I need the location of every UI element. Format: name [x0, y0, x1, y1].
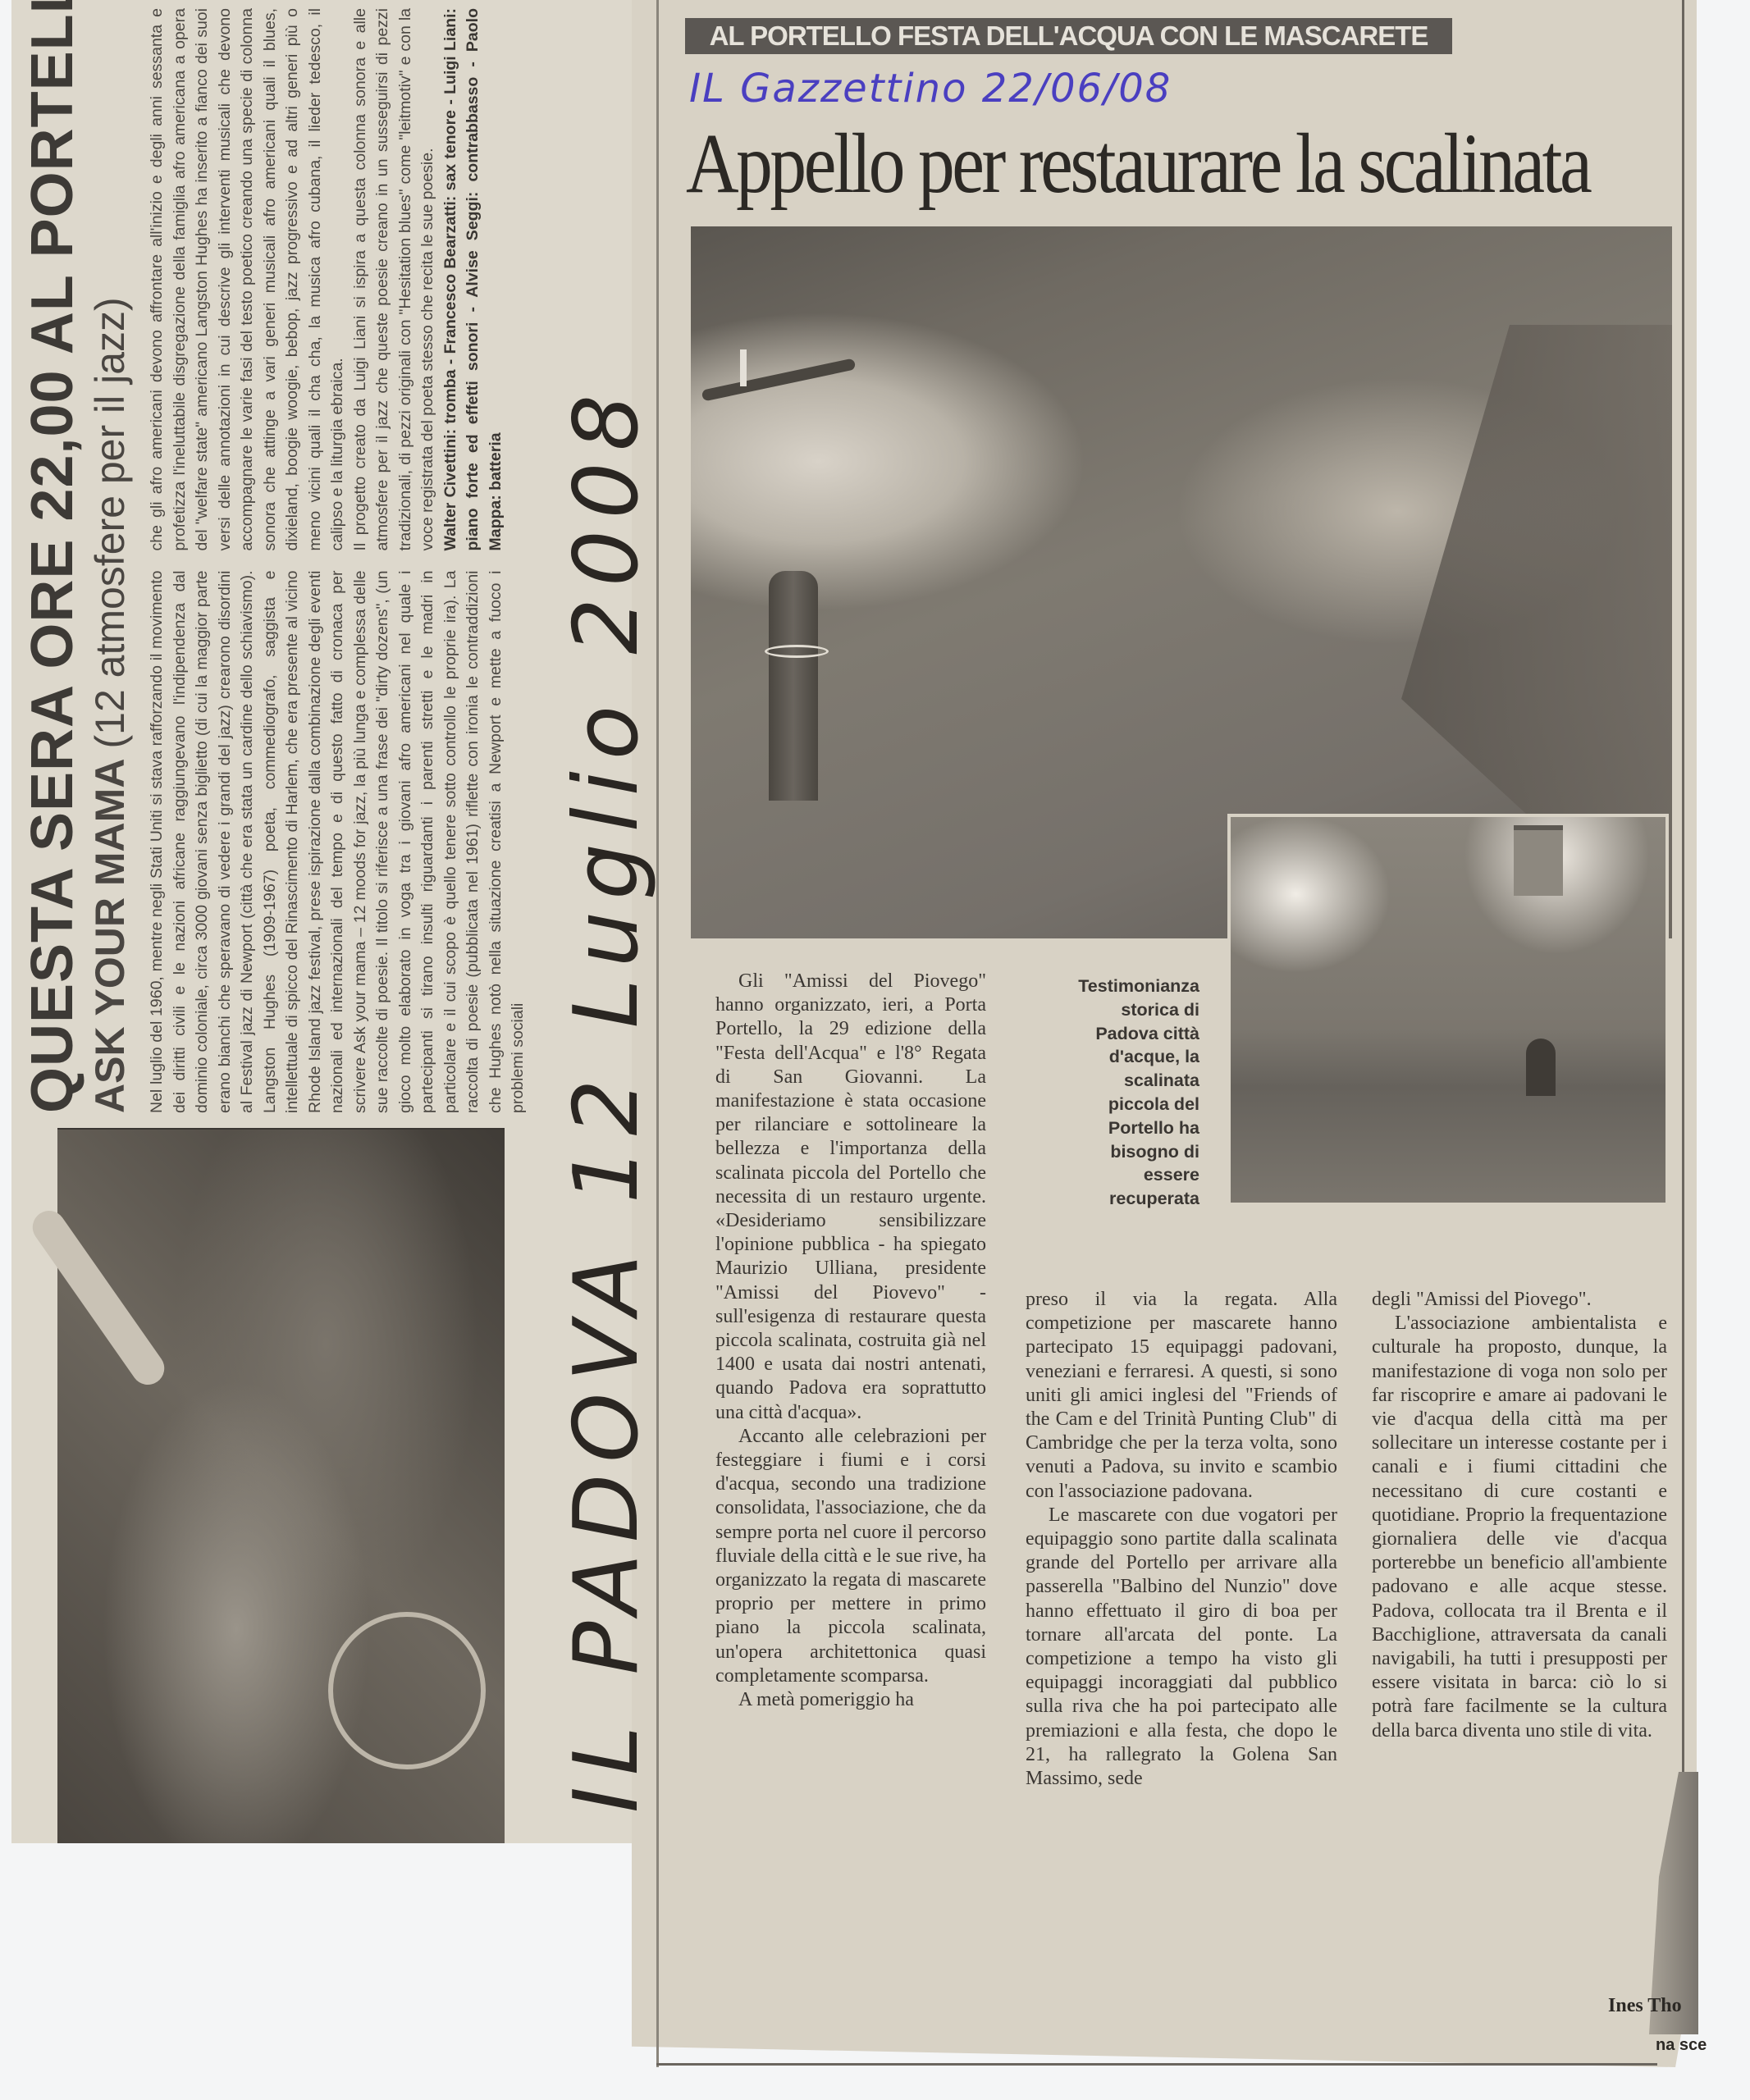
- article-paragraph: Le mascarete con due vogatori per equipa…: [1026, 1504, 1337, 1791]
- mooring-ring-shape: [765, 645, 829, 658]
- article-paragraph: preso il via la regata. Alla competizion…: [1026, 1288, 1337, 1504]
- kicker-banner: AL PORTELLO FESTA DELL'ACQUA CON LE MASC…: [685, 18, 1452, 54]
- drum-shape: [328, 1612, 486, 1769]
- boatman-shape: [740, 349, 747, 386]
- column-rule-right: [1682, 0, 1684, 2002]
- article-paragraph: degli "Amissi del Piovego".: [1372, 1288, 1667, 1312]
- photo-caption: Testimonianza storica di Padova città d'…: [1058, 975, 1199, 1211]
- tower-shape: [1514, 825, 1563, 896]
- left-paragraph: che gli afro americani devono affrontare…: [146, 8, 350, 551]
- saxophone-shape: [26, 1204, 171, 1391]
- cut-off-fragment: na sce: [1656, 2036, 1707, 2055]
- article-headline: Appello per restaurare la scalinata: [686, 115, 1540, 213]
- column-rule-left: [656, 0, 659, 2067]
- bottom-rule: [656, 2063, 1657, 2066]
- article-paragraph: A metà pomeriggio ha: [715, 1688, 986, 1712]
- concert-photo: [57, 1128, 505, 1843]
- article-paragraph: L'associazione ambientalista e culturale…: [1372, 1312, 1667, 1743]
- portello-gate-photo: [1227, 814, 1669, 1206]
- left-subhead-light: (12 atmosfere per il jazz): [87, 297, 133, 748]
- left-subhead-bold: ASK YOUR MAMA: [87, 760, 133, 1113]
- left-article: QUESTA SERA ORE 22,00 AL PORTELLO RIVER …: [20, 8, 627, 1113]
- mooring-pole-shape: [769, 571, 818, 801]
- left-column-1: Nel luglio del 1960, mentre negli Stati …: [146, 571, 530, 1114]
- article-paragraph: Gli "Amissi del Piovego" hanno organizza…: [715, 970, 986, 1425]
- left-subhead: ASK YOUR MAMA (12 atmosfere per il jazz): [85, 8, 135, 1113]
- article-column-2: preso il via la regata. Alla competizion…: [1026, 1288, 1337, 1791]
- handwritten-text: IL PADOVA 12 Luglio 2008: [541, 968, 673, 1813]
- article-paragraph: Accanto alle celebrazioni per festeggiar…: [715, 1425, 986, 1688]
- left-columns: Nel luglio del 1960, mentre negli Stati …: [146, 8, 530, 1113]
- left-headline: QUESTA SERA ORE 22,00 AL PORTELLO RIVER …: [20, 8, 85, 1113]
- handwritten-source-note: IL Gazzettino 22/06/08: [689, 66, 1172, 112]
- article-column-3: degli "Amissi del Piovego". L'associazio…: [1372, 1288, 1667, 1743]
- article-column-1: Gli "Amissi del Piovego" hanno organizza…: [715, 970, 986, 1712]
- left-paragraph: Nel luglio del 1960, mentre negli Stati …: [146, 571, 530, 1114]
- author-byline: Ines Tho: [1608, 1995, 1682, 2017]
- band-credits: Walter Civettini: tromba - Francesco Bea…: [440, 8, 508, 551]
- arch-shape: [1526, 1039, 1556, 1096]
- punt-boat-shape: [701, 358, 857, 401]
- left-paragraph: Il progetto creato da Luigi Liani si isp…: [350, 8, 440, 551]
- left-column-2: che gli afro americani devono affrontare…: [146, 8, 530, 551]
- handwritten-padova-note: IL PADOVA 12 Luglio 2008: [541, 968, 673, 1813]
